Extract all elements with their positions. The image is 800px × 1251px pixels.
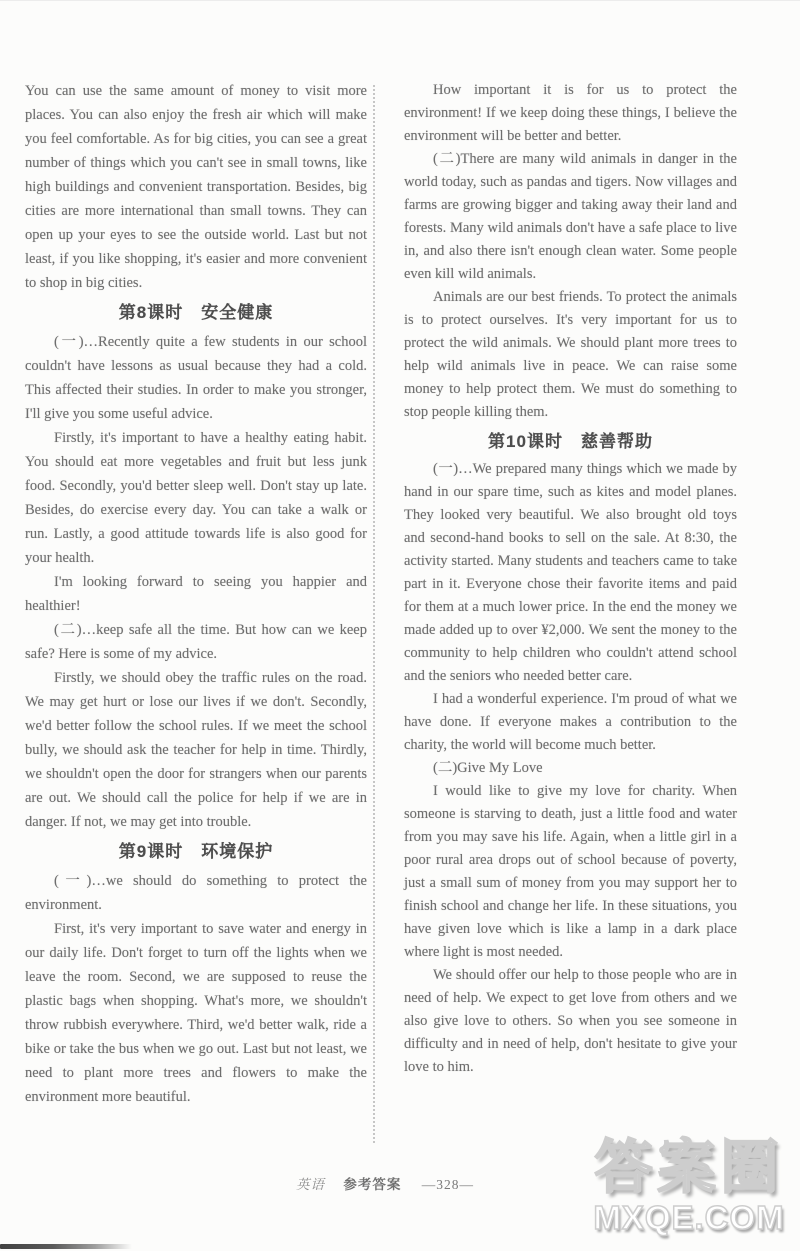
scanned-answer-page: You can use the same amount of money to … <box>0 0 800 1251</box>
scan-artifact-smudge <box>0 1244 132 1249</box>
paragraph: Firstly, it's important to have a health… <box>25 426 367 570</box>
column-divider-dotted-line <box>373 85 375 1143</box>
paragraph: You can use the same amount of money to … <box>25 79 367 295</box>
footer-label: 参考答案 <box>343 1177 401 1192</box>
paragraph: (二)…keep safe all the time. But how can … <box>25 618 367 666</box>
paragraph: I had a wonderful experience. I'm proud … <box>404 688 737 757</box>
left-text-column: You can use the same amount of money to … <box>25 79 367 1109</box>
paragraph: (一)…we should do something to protect th… <box>25 869 367 917</box>
page-footer: 英语 参考答案 —328— <box>0 1173 770 1193</box>
paragraph: I would like to give my love for charity… <box>404 780 737 964</box>
section-heading: 第9课时 环境保护 <box>25 840 367 864</box>
paragraph: (二)There are many wild animals in danger… <box>404 148 737 286</box>
paragraph: I'm looking forward to seeing you happie… <box>25 570 367 618</box>
paragraph: (一)…Recently quite a few students in our… <box>25 330 367 426</box>
paragraph: (二)Give My Love <box>404 757 737 780</box>
section-heading: 第10课时 慈善帮助 <box>404 430 737 453</box>
paragraph: Animals are our best friends. To protect… <box>404 286 737 424</box>
paragraph: How important it is for us to protect th… <box>404 79 737 148</box>
paragraph: (一)…We prepared many things which we mad… <box>404 458 737 688</box>
footer-subject: 英语 <box>296 1177 325 1192</box>
right-text-column: How important it is for us to protect th… <box>404 79 737 1079</box>
paragraph: First, it's very important to save water… <box>25 917 367 1109</box>
paragraph: We should offer our help to those people… <box>404 964 737 1079</box>
watermark-site-text: MXQE.COM <box>584 1199 794 1237</box>
section-heading: 第8课时 安全健康 <box>25 301 367 325</box>
footer-page-number: —328— <box>422 1177 474 1192</box>
paragraph: Firstly, we should obey the traffic rule… <box>25 666 367 834</box>
